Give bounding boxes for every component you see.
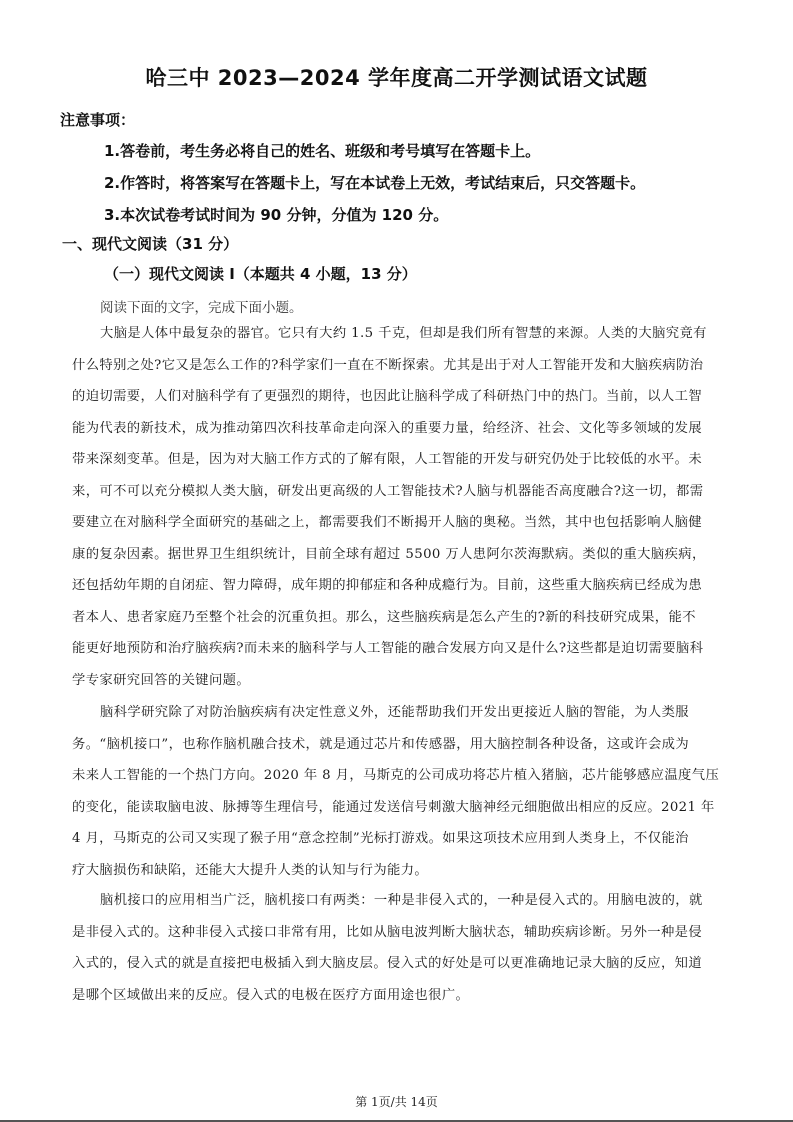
section-heading: 一、现代文阅读（31 分） xyxy=(62,233,238,254)
text-line: 务。“脑机接口”，也称作脑机融合技术，就是通过芯片和传感器，用大脑控制各种设备，… xyxy=(72,729,727,761)
text-line: 还包括幼年期的自闭症、智力障碍，成年期的抑郁症和各种成瘾行为。目前，这些重大脑疾… xyxy=(72,570,727,602)
text-line: 脑机接口的应用相当广泛，脑机接口有两类：一种是非侵入式的，一种是侵入式的。用脑电… xyxy=(72,885,727,917)
exam-title: 哈三中 2023—2024 学年度高二开学测试语文试题 xyxy=(0,62,793,92)
passage-paragraph-1: 大脑是人体中最复杂的器官。它只有大约 1.5 千克，但却是我们所有智慧的来源。人… xyxy=(72,318,727,696)
notice-item: 3.本次试卷考试时间为 90 分钟，分值为 120 分。 xyxy=(104,204,448,225)
text-line: 能更好地预防和治疗脑疾病?而未来的脑科学与人工智能的融合发展方向又是什么?这些都… xyxy=(72,633,727,665)
text-line: 是哪个区域做出来的反应。侵入式的电极在医疗方面用途也很广。 xyxy=(72,980,727,1012)
text-line: 疗大脑损伤和缺陷，还能大大提升人类的认知与行为能力。 xyxy=(72,855,727,887)
text-line: 是非侵入式的。这种非侵入式接口非常有用，比如从脑电波判断大脑状态，辅助疾病诊断。… xyxy=(72,917,727,949)
text-line: 的变化，能读取脑电波、脉搏等生理信号，能通过发送信号刺激大脑神经元细胞做出相应的… xyxy=(72,792,727,824)
text-line: 脑科学研究除了对防治脑疾病有决定性意义外，还能帮助我们开发出更接近人脑的智能，为… xyxy=(72,697,727,729)
text-line: 要建立在对脑科学全面研究的基础之上，都需要我们不断揭开人脑的奥秘。当然，其中也包… xyxy=(72,507,727,539)
text-line: 学专家研究回答的关键问题。 xyxy=(72,665,727,697)
subsection-heading: （一）现代文阅读 I（本题共 4 小题，13 分） xyxy=(104,263,417,284)
text-line: 入式的，侵入式的就是直接把电极插入到大脑皮层。侵入式的好处是可以更准确地记录大脑… xyxy=(72,948,727,980)
text-line: 什么特别之处?它又是怎么工作的?科学家们一直在不断探索。尤其是出于对人工智能开发… xyxy=(72,350,727,382)
text-line: 康的复杂因素。据世界卫生组织统计，目前全球有超过 5500 万人患阿尔茨海默病。… xyxy=(72,539,727,571)
text-line: 能为代表的新技术，成为推动第四次科技革命走向深入的重要力量，给经济、社会、文化等… xyxy=(72,413,727,445)
notice-item: 2.作答时，将答案写在答题卡上，写在本试卷上无效，考试结束后，只交答题卡。 xyxy=(104,172,645,193)
passage-paragraph-2: 脑科学研究除了对防治脑疾病有决定性意义外，还能帮助我们开发出更接近人脑的智能，为… xyxy=(72,697,727,886)
passage-paragraph-3: 脑机接口的应用相当广泛，脑机接口有两类：一种是非侵入式的，一种是侵入式的。用脑电… xyxy=(72,885,727,1011)
text-line: 4 月，马斯克的公司又实现了猴子用“意念控制”光标打游戏。如果这项技术应用到人类… xyxy=(72,823,727,855)
exam-page: 哈三中 2023—2024 学年度高二开学测试语文试题 注意事项： 1.答卷前，… xyxy=(0,0,793,1122)
reading-instruction: 阅读下面的文字，完成下面小题。 xyxy=(100,296,303,316)
notice-item: 1.答卷前，考生务必将自己的姓名、班级和考号填写在答题卡上。 xyxy=(104,140,540,161)
notice-heading: 注意事项： xyxy=(60,109,135,130)
text-line: 带来深刻变革。但是，因为对大脑工作方式的了解有限，人工智能的开发与研究仍处于比较… xyxy=(72,444,727,476)
page-indicator: 第 1页/共 14页 xyxy=(0,1093,793,1110)
text-line: 者本人、患者家庭乃至整个社会的沉重负担。那么，这些脑疾病是怎么产生的?新的科技研… xyxy=(72,602,727,634)
text-line: 的迫切需要，人们对脑科学有了更强烈的期待，也因此让脑科学成了科研热门中的热门。当… xyxy=(72,381,727,413)
text-line: 大脑是人体中最复杂的器官。它只有大约 1.5 千克，但却是我们所有智慧的来源。人… xyxy=(72,318,727,350)
text-line: 来，可不可以充分模拟人类大脑，研发出更高级的人工智能技术?人脑与机器能否高度融合… xyxy=(72,476,727,508)
text-line: 未来人工智能的一个热门方向。2020 年 8 月，马斯克的公司成功将芯片植入猪脑… xyxy=(72,760,727,792)
